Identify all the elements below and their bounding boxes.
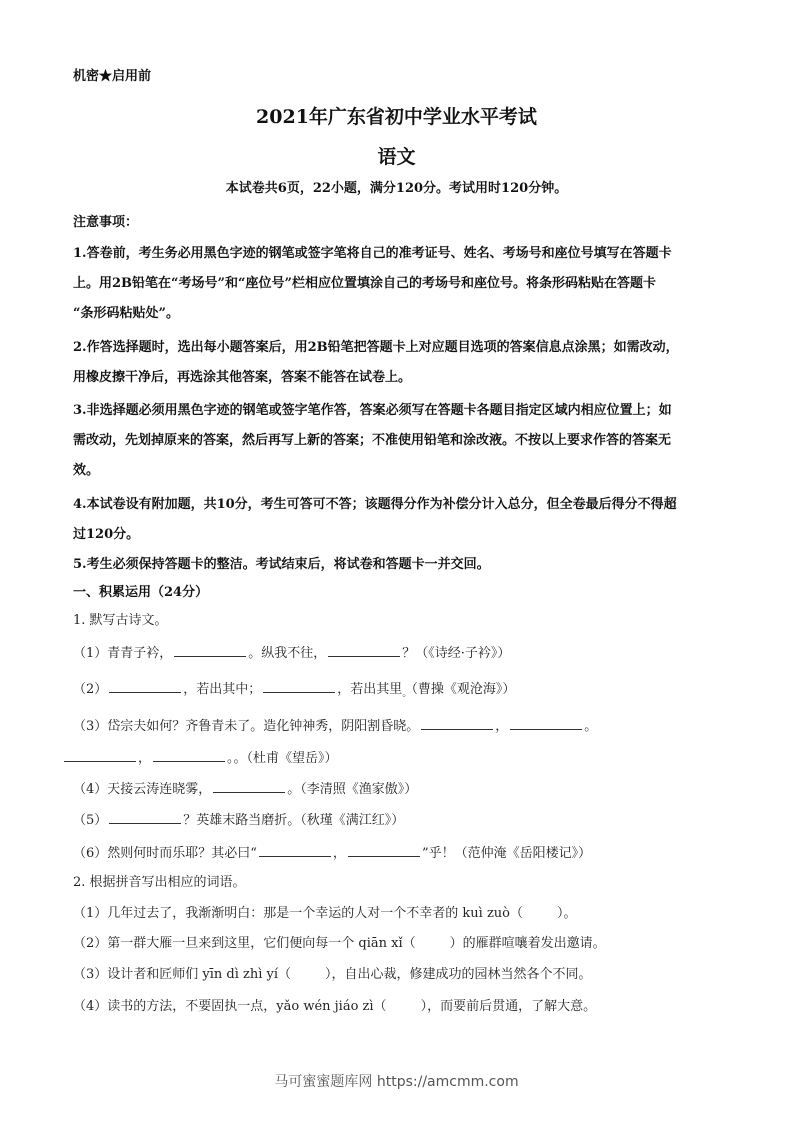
q1-item-1: （1）青青子衿，。纵我不往，？（《诗经·子衿》） bbox=[73, 643, 510, 663]
answer-blank[interactable] bbox=[213, 779, 285, 793]
item-text: ， bbox=[495, 719, 508, 734]
q2-item-2: （2）第一群大雁一旦来到这里，它们便向每一个 qiān xǐ（）的雁群喧嚷着发出… bbox=[73, 935, 606, 953]
answer-blank[interactable] bbox=[109, 679, 181, 693]
item-text: （4）天接云涛连晓雾， bbox=[73, 782, 211, 797]
note-line: 用橡皮擦干净后，再选涂其他答案，答案不能答在试卷上。 bbox=[73, 369, 411, 387]
q2-item-4: （4）读书的方法，不要固执一点，yǎo wén jiáo zì（），而要前后贯通… bbox=[73, 998, 596, 1016]
note-line: “条形码粘贴处”。 bbox=[73, 305, 179, 323]
item-text: 。纵我不往， bbox=[248, 646, 326, 661]
note-line: 上。用2B铅笔在“考场号”和“座位号”栏相应位置填涂自己的考场号和座位号。将条形… bbox=[73, 275, 656, 293]
answer-blank[interactable] bbox=[510, 716, 582, 730]
q1-item-6: （6）然则何时而乐耶？其必曰“，”乎！（范仲淹《岳阳楼记》） bbox=[73, 843, 591, 863]
note-line: 4.本试卷设有附加题，共10分，考生可答可不答；该题得分作为补偿分计入总分，但全… bbox=[73, 496, 677, 514]
item-text: （5） bbox=[73, 813, 107, 828]
note-line: 效。 bbox=[73, 462, 99, 480]
answer-blank[interactable] bbox=[109, 810, 181, 824]
item-text: ，若出其中； bbox=[183, 682, 261, 697]
item-text: （1）青青子衿， bbox=[73, 646, 172, 661]
note-line: 2.作答选择题时，选出每小题答案后，用2B铅笔把答题卡上对应题目选项的答案信息点… bbox=[73, 339, 679, 357]
question-2-prompt: 2. 根据拼音写出相应的词语。 bbox=[73, 874, 246, 892]
item-text: ）的雁群喧嚷着发出邀请。 bbox=[450, 936, 606, 951]
item-text: （2）第一群大雁一旦来到这里，它们便向每一个 qiān xǐ（ bbox=[73, 936, 416, 951]
answer-blank[interactable] bbox=[421, 716, 493, 730]
q1-item-3-continued: ，。。（杜甫《望岳》） bbox=[62, 748, 338, 768]
q2-item-1: （1）几年过去了，我渐渐明白：那是一个幸运的人对一个不幸者的 kuì zuò（）… bbox=[73, 905, 577, 923]
item-text: ”乎！（范仲淹《岳阳楼记》） bbox=[422, 846, 591, 861]
q1-item-3: （3）岱宗夫如何？齐鲁青未了。造化钟神秀，阴阳割昏晓。，。 bbox=[73, 716, 597, 736]
answer-blank[interactable] bbox=[64, 748, 136, 762]
item-text: 。。（杜甫《望岳》） bbox=[227, 751, 338, 766]
answer-blank[interactable] bbox=[328, 643, 400, 657]
exam-title: 2021年广东省初中学业水平考试 bbox=[0, 104, 793, 130]
item-text: 。 bbox=[402, 689, 411, 699]
subject-title: 语文 bbox=[0, 144, 793, 170]
note-line: 5.考生必须保持答题卡的整洁。考试结束后，将试卷和答题卡一并交回。 bbox=[73, 556, 490, 574]
answer-blank[interactable] bbox=[263, 679, 335, 693]
item-text: （曹操《观沧海》） bbox=[411, 682, 515, 697]
item-text: ）。 bbox=[557, 906, 577, 921]
item-text: 。（李清照《渔家傲》） bbox=[287, 782, 417, 797]
item-text: ， bbox=[138, 751, 151, 766]
item-text: ？英雄末路当磨折。（秋瑾《满江红》） bbox=[183, 813, 404, 828]
question-1-prompt: 1. 默写古诗文。 bbox=[73, 612, 168, 630]
item-text: ），自出心裁，修建成功的园林当然各个不同。 bbox=[325, 967, 592, 982]
answer-blank[interactable] bbox=[348, 843, 420, 857]
item-text: （6）然则何时而乐耶？其必曰“ bbox=[73, 846, 257, 861]
item-text: （3）设计者和匠师们 yīn dì zhì yí（ bbox=[73, 967, 291, 982]
q1-item-4: （4）天接云涛连晓雾，。（李清照《渔家傲》） bbox=[73, 779, 417, 799]
item-text: ），而要前后贯通，了解大意。 bbox=[421, 999, 597, 1014]
item-text: ，若出其里 bbox=[337, 682, 402, 697]
note-line: 3.非选择题必须用黑色字迹的钢笔或签字笔作答，答案必须写在答题卡各题目指定区域内… bbox=[73, 402, 672, 420]
item-text: 。 bbox=[584, 719, 597, 734]
answer-blank[interactable] bbox=[174, 643, 246, 657]
q1-item-5: （5）？英雄末路当磨折。（秋瑾《满江红》） bbox=[73, 810, 404, 830]
item-text: ？（《诗经·子衿》） bbox=[402, 646, 510, 661]
exam-page: 机密★启用前 2021年广东省初中学业水平考试 语文 本试卷共6页，22小题，满… bbox=[0, 0, 793, 1122]
notes-heading: 注意事项： bbox=[73, 214, 138, 232]
confidential-label: 机密★启用前 bbox=[73, 68, 151, 86]
note-line: 过120分。 bbox=[73, 526, 139, 544]
q1-item-2: （2），若出其中；，若出其里。（曹操《观沧海》） bbox=[73, 679, 515, 703]
q2-item-3: （3）设计者和匠师们 yīn dì zhì yí（），自出心裁，修建成功的园林当… bbox=[73, 966, 592, 984]
note-line: 需改动，先划掉原来的答案，然后再写上新的答案；不准使用铅笔和涂改液。不按以上要求… bbox=[73, 432, 671, 450]
answer-blank[interactable] bbox=[153, 748, 225, 762]
item-text: （2） bbox=[73, 682, 107, 697]
item-text: （4）读书的方法，不要固执一点，yǎo wén jiáo zì（ bbox=[73, 999, 387, 1014]
item-text: ， bbox=[333, 846, 346, 861]
watermark-footer: 马可蜜蜜题库网 https://amcmm.com bbox=[0, 1071, 793, 1091]
section-heading: 一、积累运用（24分） bbox=[73, 584, 208, 602]
note-line: 1.答卷前，考生务必用黑色字迹的钢笔或签字笔将自己的准考证号、姓名、考场号和座位… bbox=[73, 245, 672, 263]
item-text: （1）几年过去了，我渐渐明白：那是一个幸运的人对一个不幸者的 kuì zuò（ bbox=[73, 906, 523, 921]
answer-blank[interactable] bbox=[259, 843, 331, 857]
item-text: （3）岱宗夫如何？齐鲁青未了。造化钟神秀，阴阳割昏晓。 bbox=[73, 719, 419, 734]
exam-summary: 本试卷共6页，22小题，满分120分。考试用时120分钟。 bbox=[0, 180, 793, 198]
